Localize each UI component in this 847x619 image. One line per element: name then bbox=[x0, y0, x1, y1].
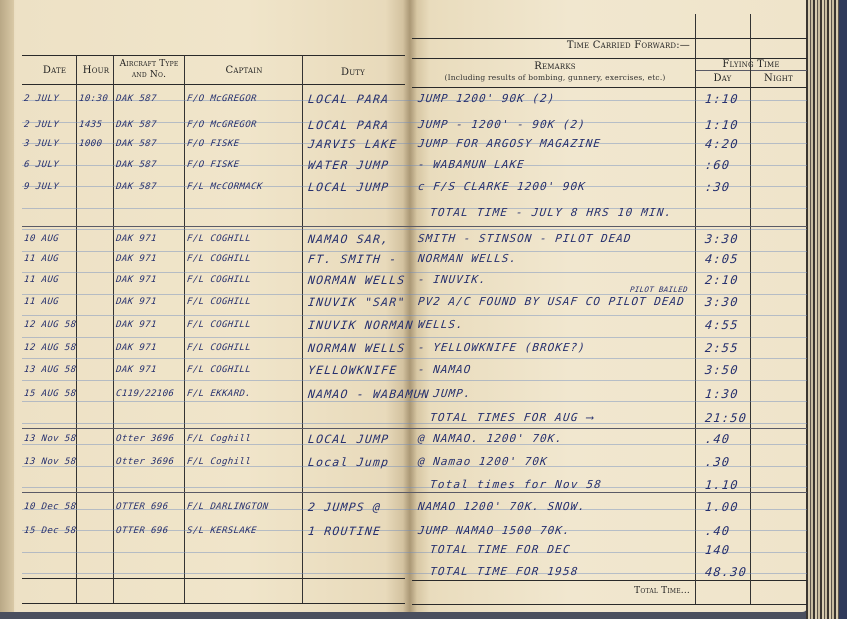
entry-aircraft: OTTER 696 bbox=[115, 526, 168, 536]
flying-time-header: Flying Time bbox=[695, 59, 807, 70]
entry-captain: F/L COGHILL bbox=[186, 275, 251, 285]
entry-duty: WATER JUMP bbox=[307, 158, 390, 172]
entry-date: 15 AUG 58 bbox=[23, 389, 76, 399]
entry-aircraft: DAK 971 bbox=[115, 234, 157, 244]
entry-day-time: 3:30 bbox=[704, 232, 739, 246]
entry-remarks: NAMAO 1200' 70K. SNOW. bbox=[417, 500, 586, 513]
entry-aircraft: C119/22106 bbox=[115, 389, 174, 399]
entry-captain: F/L COGHILL bbox=[186, 254, 251, 264]
entry-date: 2 JULY bbox=[23, 120, 59, 130]
entry-hour: 10:30 bbox=[78, 94, 108, 104]
entry-aircraft: DAK 587 bbox=[115, 182, 157, 192]
entry-day-time: 2:10 bbox=[704, 273, 739, 287]
logbook-spread: Date Hour Aircraft Type and No. Captain … bbox=[0, 0, 847, 619]
time-carried-forward-label: Time Carried Forward:— bbox=[540, 40, 690, 51]
entry-aircraft: Otter 3696 bbox=[115, 434, 174, 444]
entry-duty: JARVIS LAKE bbox=[307, 137, 398, 151]
entry-day-time: 1:30 bbox=[704, 387, 739, 401]
ruled-line bbox=[22, 552, 807, 553]
entry-duty: NORMAN WELLS bbox=[307, 273, 406, 287]
entry-date: 10 AUG bbox=[23, 234, 59, 244]
book-spine bbox=[403, 0, 417, 612]
ruled-line bbox=[22, 573, 807, 574]
entry-date: 11 AUG bbox=[23, 297, 59, 307]
ruled-line bbox=[22, 208, 807, 209]
entry-aircraft: DAK 971 bbox=[115, 320, 157, 330]
ruled-line bbox=[22, 444, 807, 445]
entry-date: 10 Dec 58 bbox=[23, 502, 76, 512]
entry-captain: F/O McGREGOR bbox=[186, 94, 257, 104]
entry-remarks: PV2 A/C FOUND BY USAF CO PILOT DEAD bbox=[417, 295, 685, 308]
entry-day-time: :30 bbox=[704, 180, 731, 194]
entry-day-time: 2:55 bbox=[704, 341, 739, 355]
ruled-line bbox=[22, 229, 807, 230]
entry-captain: F/L COGHILL bbox=[186, 343, 251, 353]
entry-captain: F/L Coghill bbox=[186, 457, 251, 467]
entry-date: 13 Nov 58 bbox=[23, 457, 76, 467]
summary-day-time: 1.10 bbox=[704, 478, 739, 492]
entry-day-time: .30 bbox=[704, 455, 731, 469]
entry-captain: F/L McCORMACK bbox=[186, 182, 263, 192]
entry-date: 12 AUG 58 bbox=[23, 343, 76, 353]
entry-duty: LOCAL PARA bbox=[307, 118, 390, 132]
entry-captain: F/O FISKE bbox=[186, 160, 239, 170]
entry-duty: NORMAN WELLS bbox=[307, 341, 406, 355]
hour-header: Hour bbox=[78, 65, 114, 76]
ruled-line bbox=[22, 337, 807, 338]
duty-header: Duty bbox=[303, 67, 403, 78]
ruled-line bbox=[22, 272, 807, 273]
entry-day-time: 4:55 bbox=[704, 318, 739, 332]
entry-date: 13 AUG 58 bbox=[23, 365, 76, 375]
summary-text: TOTAL TIME FOR 1958 bbox=[429, 565, 579, 578]
entry-remarks: JUMP NAMAO 1500 70K. bbox=[417, 524, 571, 537]
entry-day-time: 4:20 bbox=[704, 137, 739, 151]
entry-remarks: c F/S CLARKE 1200' 90K bbox=[417, 180, 586, 193]
entry-duty: Local Jump bbox=[307, 455, 390, 469]
ruled-line bbox=[22, 401, 807, 402]
entry-note: PILOT BAILED bbox=[630, 285, 689, 294]
entry-remarks: - INUVIK. bbox=[417, 273, 487, 286]
entry-captain: F/L COGHILL bbox=[186, 234, 251, 244]
entry-remarks: - JUMP. bbox=[417, 387, 472, 400]
aircraft-header: Aircraft Type and No. bbox=[114, 59, 184, 81]
total-time-label: Total Time... bbox=[560, 586, 690, 597]
left-binding bbox=[0, 0, 14, 612]
entry-aircraft: DAK 971 bbox=[115, 365, 157, 375]
entry-captain: F/O FISKE bbox=[186, 139, 239, 149]
entry-aircraft: OTTER 696 bbox=[115, 502, 168, 512]
entry-remarks: SMITH - STINSON - PILOT DEAD bbox=[417, 232, 632, 245]
entry-day-time: 4:05 bbox=[704, 252, 739, 266]
remarks-subheader: (Including results of bombing, gunnery, … bbox=[420, 72, 690, 83]
entry-aircraft: Otter 3696 bbox=[115, 457, 174, 467]
summary-day-time: 140 bbox=[704, 543, 731, 557]
summary-day-time: 48.30 bbox=[704, 565, 748, 579]
entry-date: 6 JULY bbox=[23, 160, 59, 170]
entry-remarks: NORMAN WELLS. bbox=[417, 252, 517, 265]
entry-aircraft: DAK 971 bbox=[115, 297, 157, 307]
entry-duty: 2 JUMPS @ bbox=[307, 500, 382, 514]
entry-day-time: 1.00 bbox=[704, 500, 739, 514]
entry-captain: F/L Coghill bbox=[186, 434, 251, 444]
night-header: Night bbox=[750, 73, 807, 84]
day-header: Day bbox=[695, 73, 750, 84]
entry-date: 2 JULY bbox=[23, 94, 59, 104]
entry-day-time: :60 bbox=[704, 158, 731, 172]
entry-captain: F/L COGHILL bbox=[186, 297, 251, 307]
entry-aircraft: DAK 587 bbox=[115, 139, 157, 149]
entry-hour: 1000 bbox=[78, 139, 102, 149]
entry-day-time: 3:30 bbox=[704, 295, 739, 309]
entry-date: 13 Nov 58 bbox=[23, 434, 76, 444]
entry-duty: LOCAL JUMP bbox=[307, 180, 390, 194]
summary-day-time: 21:50 bbox=[704, 411, 748, 425]
entry-remarks: @ Namao 1200' 70K bbox=[417, 455, 548, 468]
entry-remarks: - NAMAO bbox=[417, 363, 472, 376]
entry-duty: LOCAL PARA bbox=[307, 92, 390, 106]
entry-aircraft: DAK 971 bbox=[115, 275, 157, 285]
entry-duty: LOCAL JUMP bbox=[307, 432, 390, 446]
summary-text: Total times for Nov 58 bbox=[429, 478, 602, 491]
entry-remarks: JUMP 1200' 90K (2) bbox=[417, 92, 556, 105]
ruled-line bbox=[22, 487, 807, 488]
entry-remarks: JUMP FOR ARGOSY MAGAZINE bbox=[417, 137, 601, 150]
entry-duty: NAMAO SAR, bbox=[307, 232, 390, 246]
entry-date: 3 JULY bbox=[23, 139, 59, 149]
entry-captain: F/L COGHILL bbox=[186, 320, 251, 330]
entry-date: 12 AUG 58 bbox=[23, 320, 76, 330]
entry-captain: S/L KERSLAKE bbox=[186, 526, 257, 536]
entry-duty: YELLOWKNIFE bbox=[307, 363, 398, 377]
entry-day-time: .40 bbox=[704, 432, 731, 446]
entry-remarks: - YELLOWKNIFE (BROKE?) bbox=[417, 341, 586, 354]
entry-captain: F/O McGREGOR bbox=[186, 120, 257, 130]
entry-day-time: 3:50 bbox=[704, 363, 739, 377]
entry-date: 11 AUG bbox=[23, 275, 59, 285]
entry-date: 9 JULY bbox=[23, 182, 59, 192]
page-edges bbox=[806, 0, 847, 619]
captain-header: Captain bbox=[185, 65, 303, 76]
summary-text: TOTAL TIME FOR DEC bbox=[429, 543, 571, 556]
entry-duty: INUVIK NORMAN bbox=[307, 318, 414, 332]
ruled-line bbox=[22, 315, 807, 316]
entry-date: 11 AUG bbox=[23, 254, 59, 264]
entry-day-time: .40 bbox=[704, 524, 731, 538]
entry-duty: 1 ROUTINE bbox=[307, 524, 382, 538]
entry-date: 15 Dec 58 bbox=[23, 526, 76, 536]
section-divider bbox=[22, 428, 807, 429]
entry-day-time: 1:10 bbox=[704, 92, 739, 106]
entry-aircraft: DAK 971 bbox=[115, 343, 157, 353]
ruled-line bbox=[22, 380, 807, 381]
entry-aircraft: DAK 971 bbox=[115, 254, 157, 264]
summary-text: TOTAL TIMES FOR AUG ⟶ bbox=[429, 411, 595, 424]
summary-text: TOTAL TIME - JULY 8 HRS 10 MIN. bbox=[429, 206, 673, 219]
date-header: Date bbox=[32, 65, 77, 76]
entry-remarks: JUMP - 1200' - 90K (2) bbox=[417, 118, 586, 131]
entry-aircraft: DAK 587 bbox=[115, 94, 157, 104]
entry-captain: F/L DARLINGTON bbox=[186, 502, 269, 512]
ruled-line bbox=[22, 423, 807, 424]
remarks-header: Remarks bbox=[420, 61, 690, 72]
entry-aircraft: DAK 587 bbox=[115, 120, 157, 130]
entry-day-time: 1:10 bbox=[704, 118, 739, 132]
entry-remarks: - WABAMUN LAKE bbox=[417, 158, 525, 171]
entry-captain: F/L COGHILL bbox=[186, 365, 251, 375]
entry-duty: NAMAO - WABAMUN bbox=[307, 387, 430, 401]
entry-remarks: WELLS. bbox=[417, 318, 464, 331]
entry-remarks: @ NAMAO. 1200' 70K. bbox=[417, 432, 563, 445]
section-divider bbox=[22, 492, 807, 493]
ruled-line bbox=[22, 294, 807, 295]
entry-duty: INUVIK "SAR" bbox=[307, 295, 406, 309]
entry-aircraft: DAK 587 bbox=[115, 160, 157, 170]
ruled-line bbox=[22, 251, 807, 252]
entry-captain: F/L EKKARD. bbox=[186, 389, 251, 399]
section-divider bbox=[22, 226, 807, 227]
entry-duty: FT. SMITH - bbox=[307, 252, 398, 266]
ruled-line bbox=[22, 358, 807, 359]
entry-hour: 1435 bbox=[78, 120, 102, 130]
